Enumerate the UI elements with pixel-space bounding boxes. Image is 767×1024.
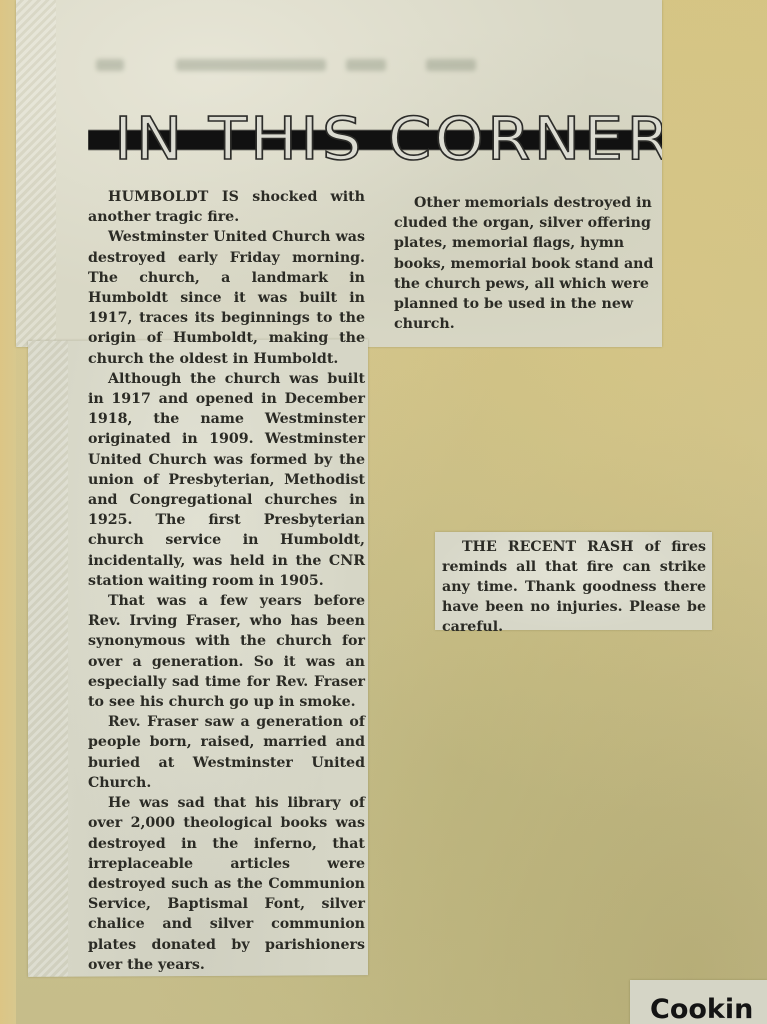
article-paragraph: HUMBOLDT IS shocked with another tragic … — [88, 187, 365, 227]
article-paragraph: Rev. Fraser saw a generation of people b… — [88, 712, 365, 793]
article-line: books, memorial book stand and — [394, 254, 662, 274]
partial-clipping-heading: Cookin — [650, 994, 753, 1024]
article-line: plates, memorial flags, hymn — [394, 233, 662, 253]
notice-clipping: THE RECENT RASH of fires reminds all tha… — [435, 532, 712, 630]
article-line: Other memorials destroyed in — [394, 193, 662, 213]
article-paragraph: He was sad that his library of over 2,00… — [88, 793, 365, 975]
article-line: planned to be used in the new — [394, 294, 662, 314]
article-right-column: Other memorials destroyed in cluded the … — [394, 193, 662, 334]
article-paragraph: That was a few years before Rev. Irving … — [88, 591, 365, 712]
bleed-through-text — [96, 55, 516, 77]
article-lead: HUMBOLDT IS — [108, 189, 239, 205]
notice-lead: THE RECENT RASH — [462, 539, 634, 555]
notice-text: THE RECENT RASH of fires reminds all tha… — [442, 537, 706, 637]
article-paragraph: Although the church was built in 1917 an… — [88, 369, 365, 591]
article-paragraph: Westminster United Church was destroyed … — [88, 227, 365, 368]
partial-clipping: Cookin — [630, 980, 767, 1024]
article-line: cluded the organ, silver offering — [394, 213, 662, 233]
article-line: church. — [394, 314, 662, 334]
page-gutter — [0, 0, 16, 1024]
article-left-column: HUMBOLDT IS shocked with another tragic … — [88, 187, 365, 975]
banner-title: IN THIS CORNER — [114, 108, 662, 172]
article-line: the church pews, all which were — [394, 274, 662, 294]
column-banner: IN THIS CORNER — [88, 108, 662, 174]
